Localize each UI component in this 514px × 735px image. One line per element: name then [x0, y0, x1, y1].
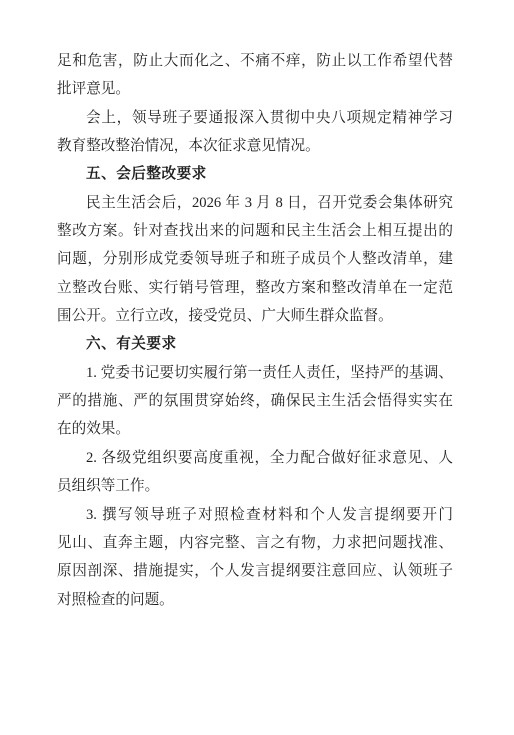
text-line: 在的效果。	[57, 415, 453, 443]
section-heading: 六、有关要求	[57, 330, 453, 358]
text-line: 整改方案。针对查找出来的问题和民主生活会上相互提出的	[57, 217, 453, 245]
text-line: 严的措施、严的氛围贯穿始终，确保民主生活会悟得实实在	[57, 387, 453, 415]
document-page: 足和危害，防止大而化之、不痛不痒，防止以工作希望代替批评意见。会上，领导班子要通…	[0, 0, 514, 735]
text-line: 会上，领导班子要通报深入贯彻中央八项规定精神学习	[57, 104, 453, 132]
text-line: 原因剖深、措施提实，个人发言提纲要注意回应、认领班子	[57, 557, 453, 585]
text-line: 2. 各级党组织要高度重视，全力配合做好征求意见、人	[57, 444, 453, 472]
text-line: 1. 党委书记要切实履行第一责任人责任，坚持严的基调、	[57, 359, 453, 387]
text-line: 立整改台账、实行销号管理，整改方案和整改清单在一定范	[57, 274, 453, 302]
text-line: 见山、直奔主题，内容完整、言之有物，力求把问题找准、	[57, 529, 453, 557]
document-content: 足和危害，防止大而化之、不痛不痒，防止以工作希望代替批评意见。会上，领导班子要通…	[57, 47, 453, 614]
text-line: 3. 撰写领导班子对照检查材料和个人发言提纲要开门	[57, 501, 453, 529]
text-line: 足和危害，防止大而化之、不痛不痒，防止以工作希望代替	[57, 47, 453, 75]
section-heading: 五、会后整改要求	[57, 160, 453, 188]
text-line: 问题，分别形成党委领导班子和班子成员个人整改清单，建	[57, 245, 453, 273]
text-line: 民主生活会后，2026 年 3 月 8 日，召开党委会集体研究	[57, 189, 453, 217]
text-line: 对照检查的问题。	[57, 586, 453, 614]
text-line: 批评意见。	[57, 75, 453, 103]
text-line: 员组织等工作。	[57, 472, 453, 500]
text-line: 教育整改整治情况，本次征求意见情况。	[57, 132, 453, 160]
text-line: 围公开。立行立改，接受党员、广大师生群众监督。	[57, 302, 453, 330]
